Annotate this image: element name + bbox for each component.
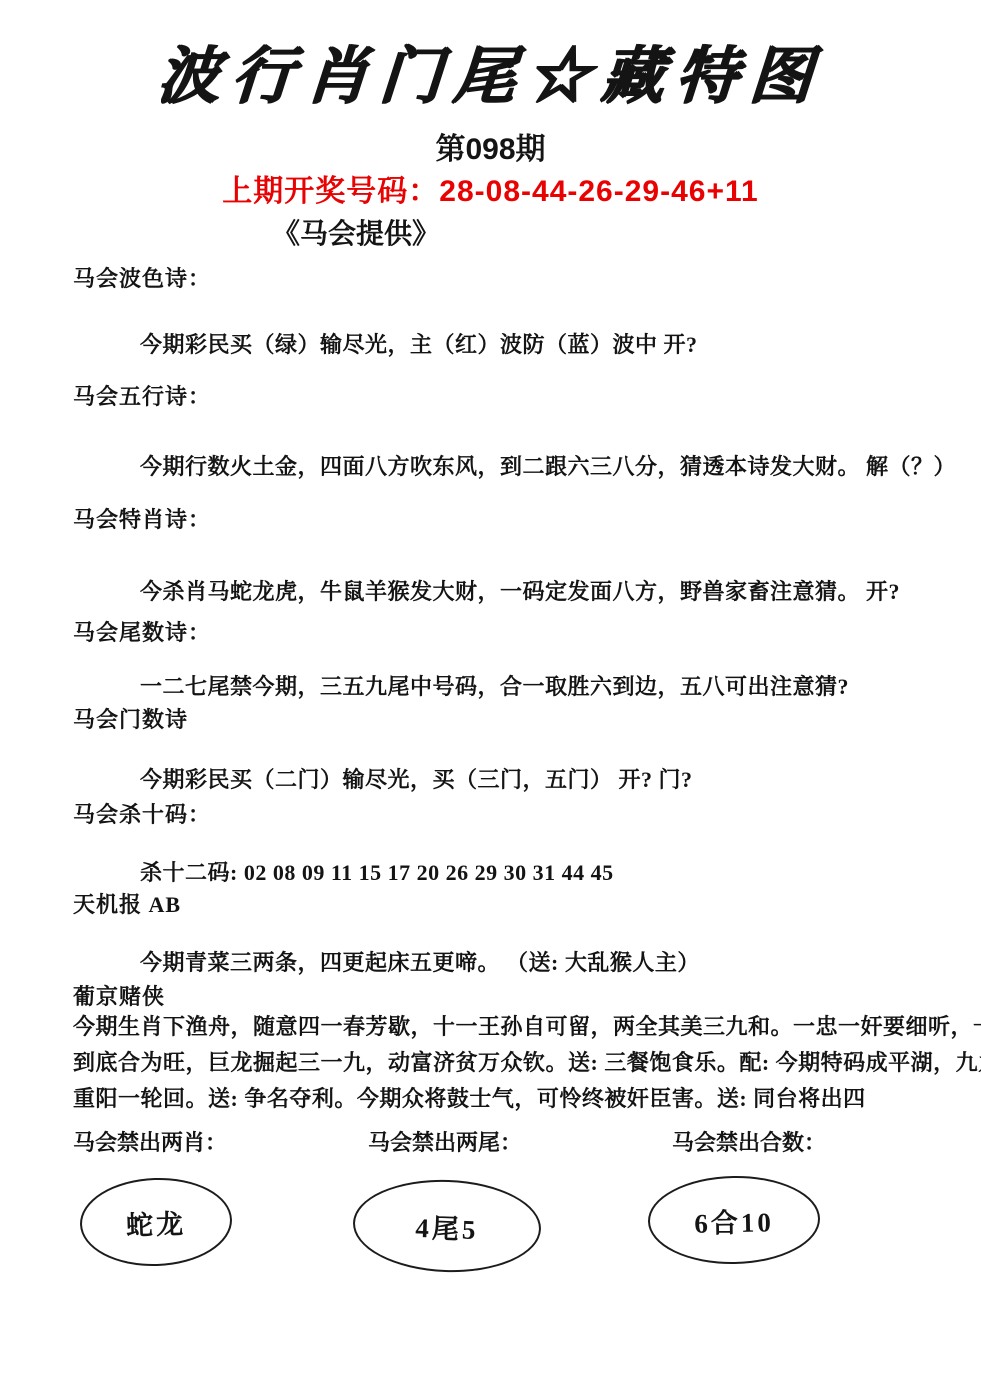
section-content-tianji-report-ab: 今期青菜三两条，四更起床五更啼。 （送: 大乱猴人主） — [140, 946, 700, 977]
section-content-wave-color-poem: 今期彩民买（绿）输尽光，主（红）波防（蓝）波中 开? — [140, 328, 698, 359]
pujing-line-1: 今期生肖下渔舟，随意四一春芳歇，十一王孙自可留，两全其美三九和。一忠一奸要细听，… — [73, 1010, 968, 1041]
section-label-pujing-gambler: 葡京赌侠 — [73, 980, 165, 1011]
forbidden-value-two-zodiacs: 蛇龙 — [125, 1201, 186, 1242]
forbidden-value-sum-number: 6合10 — [694, 1200, 774, 1240]
section-label-kill-ten-codes: 马会杀十码： — [73, 798, 211, 829]
forbidden-value-two-tails: 4尾5 — [415, 1205, 479, 1246]
pujing-line-2: 到底合为旺，巨龙掘起三一九，动富济贫万众钦。送: 三餐饱食乐。配: 今期特码成平… — [73, 1046, 968, 1077]
section-label-gate-number-poem: 马会门数诗 — [73, 703, 188, 734]
section-label-tail-number-poem: 马会尾数诗： — [73, 616, 211, 647]
last-draw-numbers: 上期开奖号码：28-08-44-26-29-46+11 — [0, 166, 981, 210]
hand-drawn-oval-sum-number: 6合10 — [647, 1175, 821, 1266]
forbidden-label-two-zodiacs: 马会禁出两肖： — [73, 1126, 227, 1157]
section-content-special-zodiac-poem: 今杀肖马蛇龙虎，牛鼠羊猴发大财，一码定发面八方，野兽家畜注意猜。 开? — [140, 575, 900, 606]
page-title: 波行肖门尾☆藏特图 — [0, 26, 981, 115]
section-content-five-elements-poem: 今期行数火土金，四面八方吹东风，到二跟六三八分，猜透本诗发大财。 解（？） — [140, 450, 956, 481]
section-label-tianji-report-ab: 天机报 AB — [73, 888, 181, 919]
section-label-special-zodiac-poem: 马会特肖诗： — [73, 503, 211, 534]
provider-note: 《马会提供》 — [272, 212, 440, 252]
forbidden-label-two-tails: 马会禁出两尾： — [368, 1126, 522, 1157]
section-content-gate-number-poem: 今期彩民买（二门）输尽光，买（三门，五门） 开? 门? — [140, 763, 693, 794]
hand-drawn-oval-two-zodiacs: 蛇龙 — [79, 1175, 234, 1268]
hand-drawn-oval-two-tails: 4尾5 — [351, 1177, 542, 1276]
section-label-wave-color-poem: 马会波色诗： — [73, 262, 211, 293]
tip-sheet-page: 波行肖门尾☆藏特图 第098期 上期开奖号码：28-08-44-26-29-46… — [0, 0, 981, 1388]
section-content-kill-twelve-codes: 杀十二码: 02 08 09 11 15 17 20 26 29 30 31 4… — [140, 856, 614, 887]
forbidden-label-sum-number: 马会禁出合数： — [672, 1126, 826, 1157]
section-content-tail-number-poem: 一二七尾禁今期，三五九尾中号码，合一取胜六到边，五八可出注意猜? — [140, 670, 849, 701]
pujing-line-3: 重阳一轮回。送: 争名夺利。今期众将鼓士气，可怜终被奸臣害。送: 同台将出四 — [73, 1082, 968, 1113]
issue-number: 第098期 — [0, 124, 981, 168]
section-label-five-elements-poem: 马会五行诗： — [73, 380, 211, 411]
